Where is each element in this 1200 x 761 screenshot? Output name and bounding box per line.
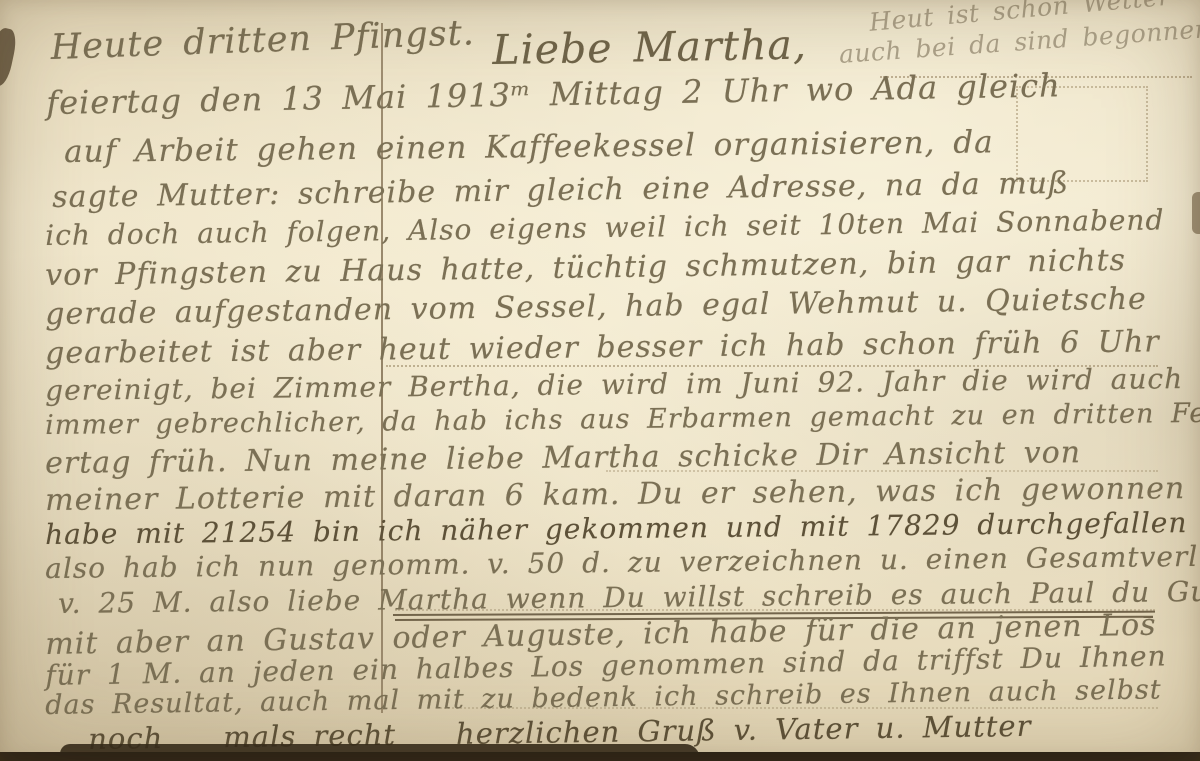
scan-edge-corner — [0, 26, 19, 87]
scan-edge-right — [1192, 192, 1200, 234]
scan-edge-bottom — [0, 752, 1200, 761]
salutation: Liebe Martha, — [492, 21, 807, 74]
greeting-opening: Heute dritten Pfingst. — [50, 13, 475, 68]
postcard-scan: Heut ist schön Wetter auch bei da sind b… — [0, 0, 1200, 761]
handwriting-line: auf Arbeit gehen einen Kaffeekessel orga… — [64, 124, 994, 170]
handwriting-line: feiertag den 13 Mai 1913ᵐ Mittag 2 Uhr w… — [46, 66, 1061, 122]
